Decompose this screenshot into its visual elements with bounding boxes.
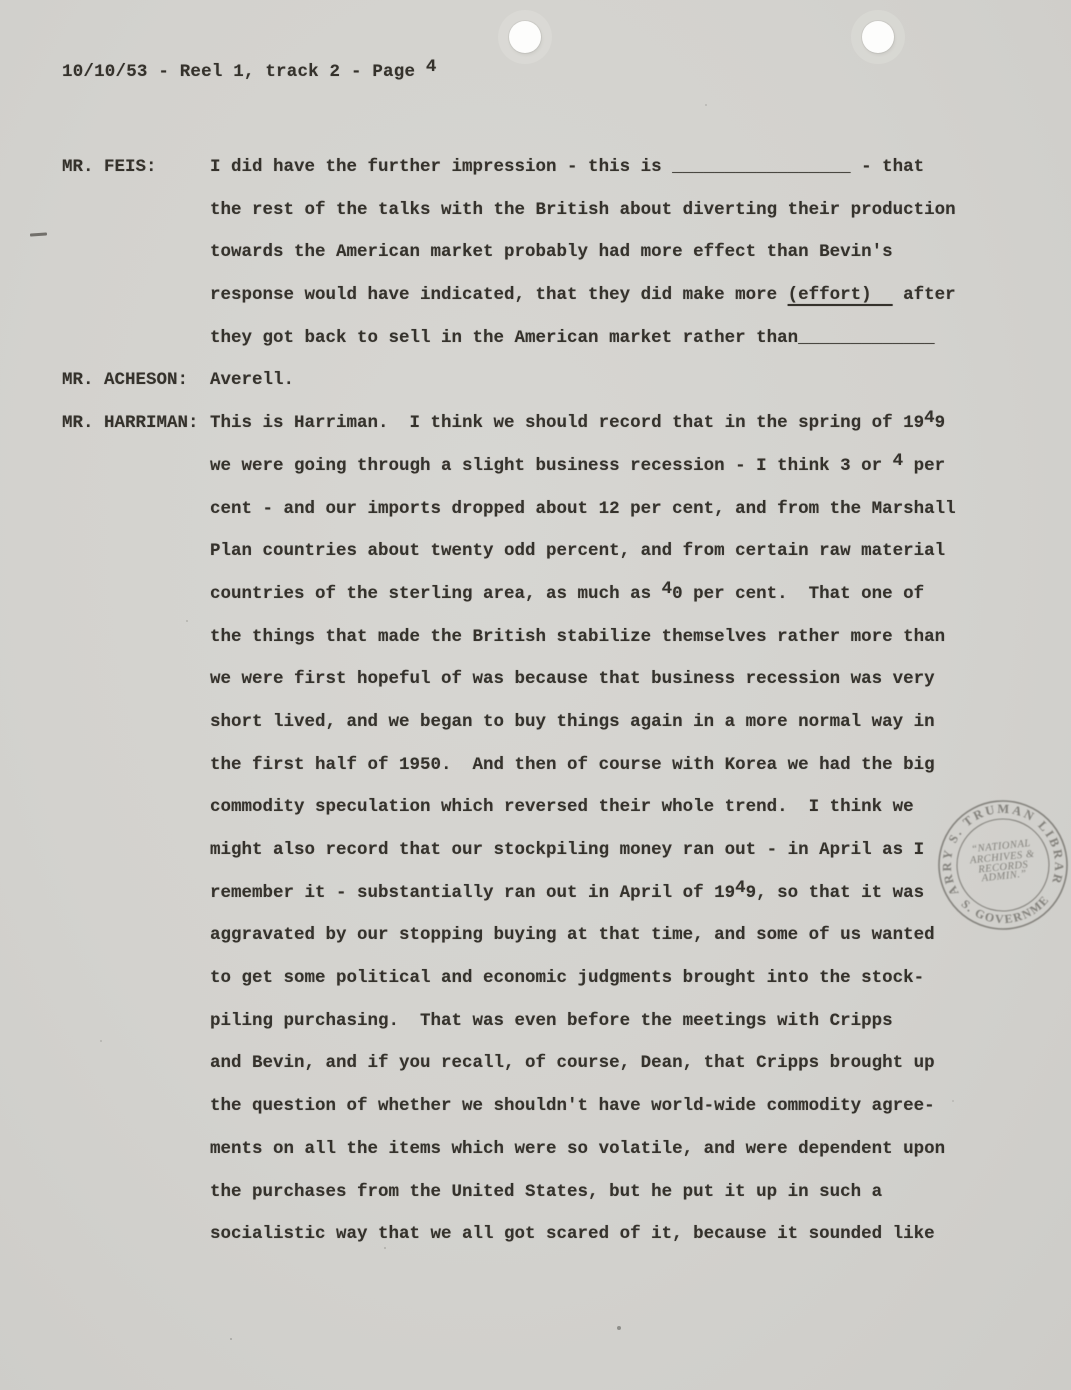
transcript-line: the question of whether we shouldn't hav… — [210, 1085, 1022, 1128]
text-segment: the first half of 1950. And then of cour… — [210, 755, 935, 775]
transcript: MR. FEIS:I did have the further impressi… — [62, 146, 1022, 1256]
transcript-line: short lived, and we began to buy things … — [210, 701, 1022, 744]
paper-speckles — [0, 0, 2, 2]
transcript-line: we were first hopeful of was because tha… — [210, 658, 1022, 701]
raised-four: 4 — [426, 57, 437, 77]
text-segment: I did have the further impression - this… — [210, 157, 924, 177]
transcript-line: aggravated by our stopping buying at tha… — [210, 914, 1022, 957]
text-segment: to get some political and economic judgm… — [210, 968, 924, 988]
text-segment: they got back to sell in the American ma… — [210, 328, 935, 348]
text-segment: the question of whether we shouldn't hav… — [210, 1096, 935, 1116]
transcript-line: towards the American market probably had… — [210, 231, 1022, 274]
transcript-line: the first half of 1950. And then of cour… — [210, 744, 1022, 787]
transcript-line: socialistic way that we all got scared o… — [210, 1213, 1022, 1256]
transcript-line: response would have indicated, that they… — [210, 274, 1022, 317]
speech-block: MR. HARRIMAN:This is Harriman. I think w… — [62, 402, 1022, 1256]
raised-four: 4 — [735, 867, 746, 910]
transcript-line: countries of the sterling area, as much … — [210, 573, 1022, 616]
transcript-line: Plan countries about twenty odd percent,… — [210, 530, 1022, 573]
text-segment: ments on all the items which were so vol… — [210, 1139, 945, 1159]
text-segment: socialistic way that we all got scared o… — [210, 1224, 935, 1244]
transcript-line: the rest of the talks with the British a… — [210, 189, 1022, 232]
text-segment: countries of the sterling area, as much … — [210, 584, 924, 604]
text-segment: piling purchasing. That was even before … — [210, 1011, 893, 1031]
transcript-line: commodity speculation which reversed the… — [210, 786, 1022, 829]
transcript-line: remember it - substantially ran out in A… — [210, 872, 1022, 915]
text-segment: response would have indicated, that they… — [210, 285, 788, 305]
text-segment: we were first hopeful of was because tha… — [210, 669, 935, 689]
text-segment: commodity speculation which reversed the… — [210, 797, 914, 817]
speech-lines: Averell. — [210, 359, 1022, 402]
transcript-line: cent - and our imports dropped about 12 … — [210, 488, 1022, 531]
raised-four: 4 — [662, 568, 673, 611]
text-segment: aggravated by our stopping buying at tha… — [210, 925, 935, 945]
speaker-label: MR. FEIS: — [62, 146, 157, 189]
hole-punch-right — [862, 21, 894, 53]
text-segment: the purchases from the United States, bu… — [210, 1182, 882, 1202]
speaker-label: MR. HARRIMAN: — [62, 402, 199, 445]
text-segment: short lived, and we began to buy things … — [210, 712, 935, 732]
transcript-line: the things that made the British stabili… — [210, 616, 1022, 659]
margin-dash-mark — [30, 232, 47, 236]
transcript-line: ments on all the items which were so vol… — [210, 1128, 1022, 1171]
text-segment: we were going through a slight business … — [210, 456, 945, 476]
transcript-line: they got back to sell in the American ma… — [210, 317, 1022, 360]
raised-four: 4 — [893, 440, 904, 483]
text-segment: might also record that our stockpiling m… — [210, 840, 924, 860]
transcript-line: piling purchasing. That was even before … — [210, 1000, 1022, 1043]
transcript-line: Averell. — [210, 359, 1022, 402]
text-segment: remember it - substantially ran out in A… — [210, 883, 924, 903]
raised-four: 4 — [924, 397, 935, 440]
text-segment: cent - and our imports dropped about 12 … — [210, 499, 956, 519]
transcript-line: might also record that our stockpiling m… — [210, 829, 1022, 872]
text-segment: the things that made the British stabili… — [210, 627, 945, 647]
text-segment: and Bevin, and if you recall, of course,… — [210, 1053, 935, 1073]
speech-block: MR. FEIS:I did have the further impressi… — [62, 146, 1022, 359]
transcript-line: we were going through a slight business … — [210, 445, 1022, 488]
transcript-line: I did have the further impression - this… — [210, 146, 1022, 189]
transcript-line: and Bevin, and if you recall, of course,… — [210, 1042, 1022, 1085]
speaker-label: MR. ACHESON: — [62, 359, 188, 402]
archive-stamp-icon: HARRY S. TRUMAN LIBRARY U.S. GOVERNMENT … — [923, 785, 1071, 945]
speech-lines: This is Harriman. I think we should reco… — [210, 402, 1022, 1256]
speech-lines: I did have the further impression - this… — [210, 146, 1022, 359]
page-header: 10/10/53 - Reel 1, track 2 - Page 4 — [62, 62, 437, 82]
text-segment: Plan countries about twenty odd percent,… — [210, 541, 945, 561]
transcript-line: the purchases from the United States, bu… — [210, 1171, 1022, 1214]
underlined-text: (effort) — [788, 285, 893, 305]
transcript-line: This is Harriman. I think we should reco… — [210, 402, 1022, 445]
text-segment: the rest of the talks with the British a… — [210, 200, 956, 220]
text-segment: This is Harriman. I think we should reco… — [210, 413, 945, 433]
text-segment: Averell. — [210, 370, 294, 390]
text-segment: after — [893, 285, 956, 305]
text-segment: towards the American market probably had… — [210, 242, 893, 262]
hole-punch-left — [509, 21, 541, 53]
transcript-line: to get some political and economic judgm… — [210, 957, 1022, 1000]
speech-block: MR. ACHESON:Averell. — [62, 359, 1022, 402]
